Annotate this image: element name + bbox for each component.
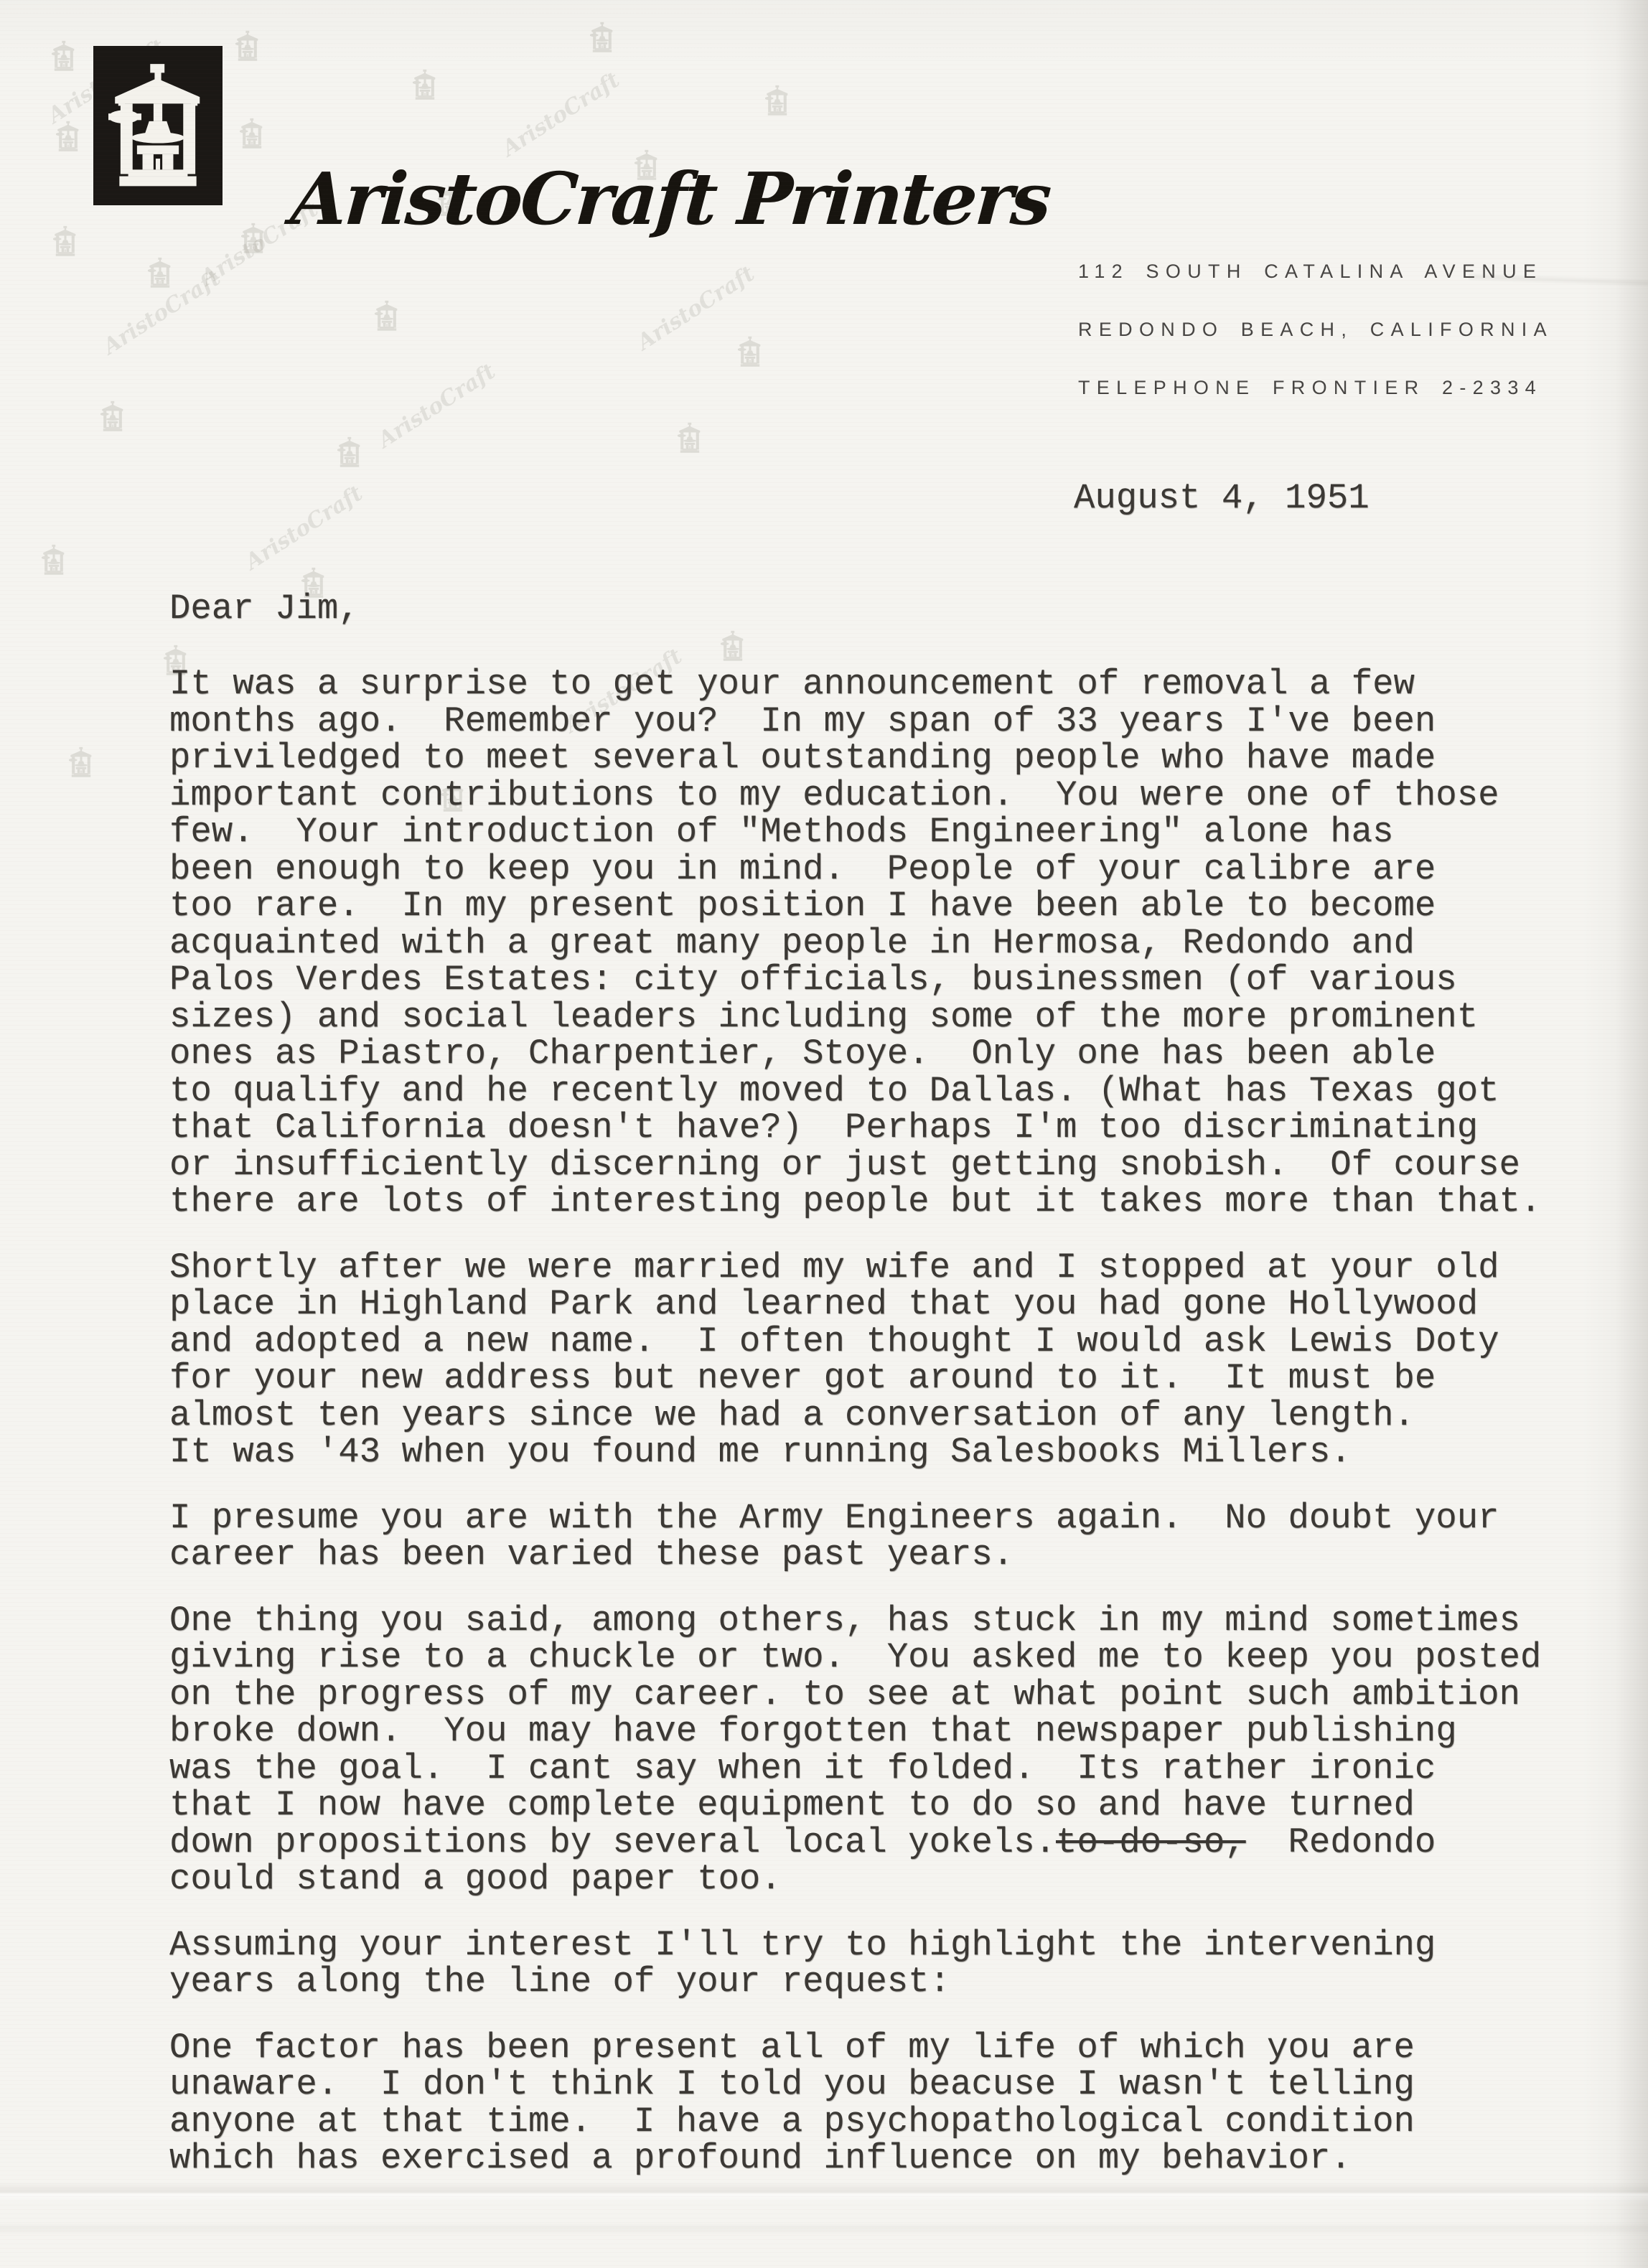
letter-body: It was a surprise to get your announceme… — [169, 666, 1619, 2206]
watermark-press-icon — [590, 22, 614, 53]
watermark-press-icon — [765, 85, 790, 116]
watermark-press-icon — [100, 400, 125, 432]
paragraph-5: Assuming your interest I'll try to highl… — [169, 1927, 1619, 2001]
letter-date: August 4, 1951 — [1074, 478, 1370, 518]
paragraph-2: Shortly after we were married my wife an… — [169, 1250, 1619, 1471]
paragraph-3: I presume you are with the Army Engineer… — [169, 1500, 1619, 1574]
watermark-press-icon — [69, 746, 93, 778]
watermark-press-icon — [678, 422, 702, 454]
printing-press-icon — [108, 60, 207, 191]
address-line-city: REDONDO BEACH, CALIFORNIA — [1078, 301, 1553, 359]
paragraph-6: One factor has been present all of my li… — [169, 2030, 1619, 2178]
salutation: Dear Jim, — [169, 589, 360, 629]
paragraph-4: One thing you said, among others, has st… — [169, 1603, 1619, 1898]
watermark-press-icon — [721, 630, 745, 662]
watermark-script-text: AristoCraft — [374, 359, 500, 453]
watermark-press-icon — [52, 40, 76, 72]
watermark-press-icon — [375, 300, 399, 332]
printing-press-logo — [93, 46, 223, 205]
scan-edge-shadow — [1615, 0, 1648, 2268]
watermark-press-icon — [235, 30, 260, 62]
paper-fold-crease — [0, 2222, 1648, 2235]
watermark-press-icon — [42, 544, 66, 576]
struck-out-text: to-do-so, — [1056, 1822, 1246, 1862]
watermark-script-text: AristoCraft — [241, 481, 367, 575]
letterhead-address: 112 SOUTH CATALINA AVENUE REDONDO BEACH,… — [1078, 243, 1553, 417]
address-line-phone: TELEPHONE FRONTIER 2-2334 — [1078, 359, 1553, 417]
watermark-press-icon — [53, 225, 78, 257]
watermark-press-icon — [240, 118, 264, 149]
watermark-script-text: AristoCraft — [498, 67, 624, 161]
scanned-letter-page: AristoCraftAristoCraftAristoCraftAristoC… — [0, 0, 1648, 2268]
watermark-press-icon — [148, 257, 172, 289]
watermark-press-icon — [413, 69, 437, 100]
address-line-street: 112 SOUTH CATALINA AVENUE — [1078, 243, 1553, 301]
watermark-press-icon — [337, 436, 362, 468]
company-name: AristoCraft Printers — [289, 156, 1052, 241]
paragraph-1: It was a surprise to get your announceme… — [169, 666, 1619, 1221]
watermark-press-icon — [738, 336, 762, 367]
